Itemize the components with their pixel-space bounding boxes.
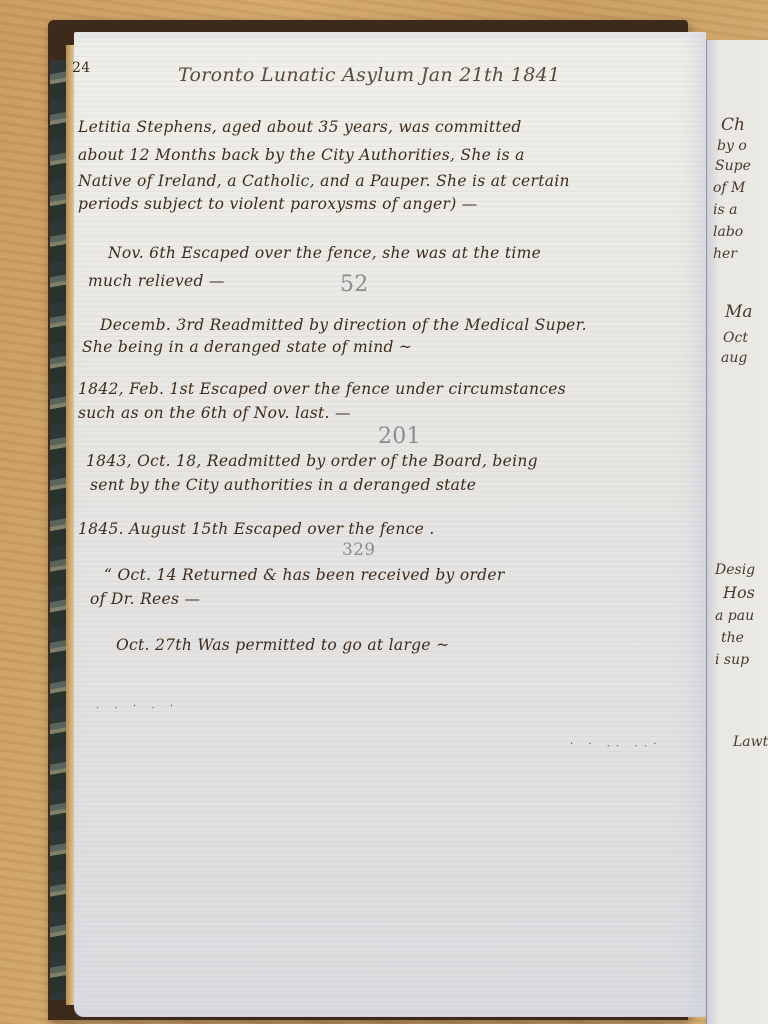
entry-line: 1842, Feb. 1st Escaped over the fence un… bbox=[78, 380, 566, 398]
page-title: Toronto Lunatic Asylum Jan 21th 1841 bbox=[178, 64, 560, 86]
entry-line: Nov. 6th Escaped over the fence, she was… bbox=[108, 244, 541, 262]
entry-line: 1845. August 15th Escaped over the fence… bbox=[78, 520, 435, 538]
facing-fragment: is a bbox=[713, 202, 737, 218]
entry-line: 1843, Oct. 18, Readmitted by order of th… bbox=[86, 452, 538, 470]
bleed-through-marks: . . ˎˏ ˏˎ. bbox=[570, 736, 662, 747]
entry-line: of Dr. Rees — bbox=[90, 590, 200, 608]
facing-fragment: of M bbox=[713, 180, 745, 196]
entry-line: Letitia Stephens, aged about 35 years, w… bbox=[78, 118, 522, 136]
facing-page: Ch by o Supe of M is a labo her Ma Oct a… bbox=[706, 40, 768, 1024]
facing-fragment: by o bbox=[717, 138, 747, 154]
facing-fragment: Desig bbox=[715, 562, 755, 578]
facing-fragment: Lawton bbox=[733, 734, 768, 750]
entry-line: She being in a deranged state of mind ~ bbox=[82, 338, 412, 356]
margin-number: 329 bbox=[342, 540, 375, 560]
entry-line: much relieved — bbox=[88, 272, 225, 290]
bleed-through-marks: ˏ ˎ . ˏ . bbox=[96, 698, 179, 709]
facing-fragment: a pau bbox=[715, 608, 754, 624]
facing-fragment: Oct bbox=[723, 330, 748, 346]
facing-fragment: labo bbox=[713, 224, 743, 240]
facing-fragment: Supe bbox=[715, 158, 751, 174]
entry-line: such as on the 6th of Nov. last. — bbox=[78, 404, 351, 422]
facing-fragment: Hos bbox=[723, 583, 755, 602]
facing-fragment: Ma bbox=[725, 302, 753, 322]
facing-fragment: the bbox=[721, 630, 744, 646]
facing-fragment: aug bbox=[721, 350, 747, 366]
facing-fragment: Ch bbox=[721, 115, 745, 135]
facing-fragment: i sup bbox=[715, 652, 749, 668]
entry-line: Native of Ireland, a Catholic, and a Pau… bbox=[78, 172, 570, 190]
entry-line: sent by the City authorities in a derang… bbox=[90, 476, 476, 494]
entry-line: periods subject to violent paroxysms of … bbox=[78, 195, 478, 213]
facing-fragment: her bbox=[713, 246, 737, 262]
entry-line: about 12 Months back by the City Authori… bbox=[78, 146, 525, 164]
entry-line: Oct. 27th Was permitted to go at large ~ bbox=[116, 636, 449, 654]
entry-line: Decemb. 3rd Readmitted by direction of t… bbox=[100, 316, 587, 334]
margin-number: 201 bbox=[378, 424, 421, 449]
margin-number: 52 bbox=[340, 272, 369, 297]
entry-line: “ Oct. 14 Returned & has been received b… bbox=[104, 566, 505, 584]
page-number: 24 bbox=[72, 60, 90, 76]
